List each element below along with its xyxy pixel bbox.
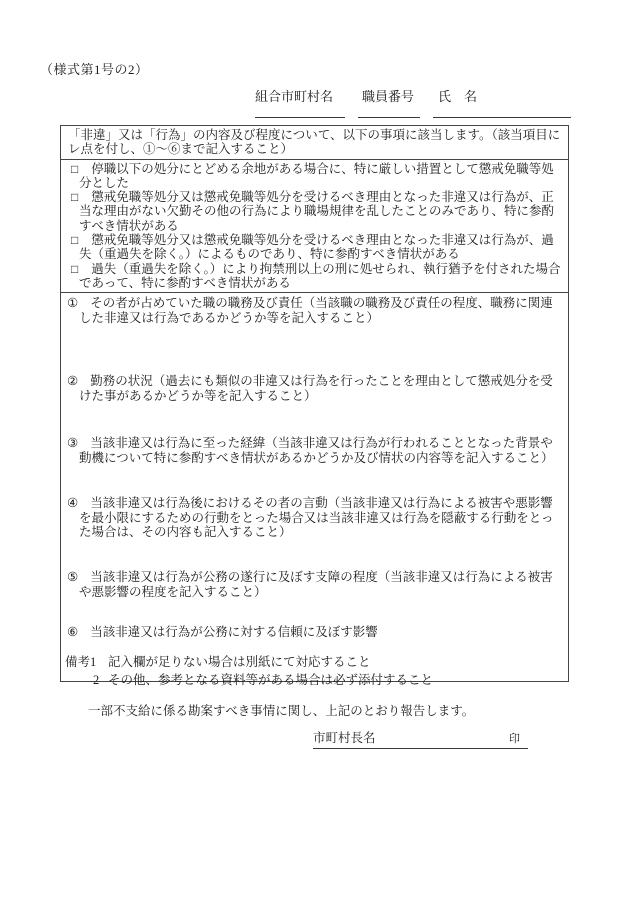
remark-text: 記入欄が足りない場合は別紙にて対応すること (105, 653, 371, 671)
checklist-item-text: 過失（重過失を除く。）により拘禁刑以上の刑に処せられ、執行猶予を付された場合であ… (79, 262, 561, 290)
checklist-item-text: 懲戒免職等処分又は懲戒免職等処分を受けるべき理由となった非違又は行為が、正当な理… (79, 190, 554, 233)
remarks-section: 備考1 記入欄が足りない場合は別紙にて対応すること 2 その他、参考となる資料等… (65, 653, 433, 689)
checkbox[interactable]: □ (71, 190, 78, 204)
numbered-item-4-entry-area[interactable]: ④当該非違又は行為後におけるその者の言動（当該非違又は行為による被害や悪影響を最… (67, 496, 562, 570)
report-statement: 一部不支給に係る勘案すべき事情に関し、上記のとおり報告します。 (88, 701, 474, 719)
checklist-item: □過失（重過失を除く。）により拘禁刑以上の刑に処せられ、執行猶予を付された場合で… (71, 262, 563, 291)
item-number: ③ (67, 436, 78, 450)
checklist-row: □停職以下の処分にとどめる余地がある場合に、特に厳しい措置として懲戒免職等処分と… (60, 159, 569, 294)
checkbox[interactable]: □ (71, 262, 78, 276)
name-field[interactable] (433, 102, 571, 118)
item-number: ① (67, 296, 78, 310)
checkbox[interactable]: □ (71, 162, 78, 176)
remark-text: その他、参考となる資料等がある場合は必ず添付すること (105, 671, 433, 689)
checklist-item-text: 懲戒免職等処分又は懲戒免職等処分を受けるべき理由となった非違又は行為が、過失（重… (79, 233, 554, 261)
checkbox[interactable]: □ (71, 233, 78, 247)
instruction-text: 「非違」又は「行為」の内容及び程度について、以下の事項に該当します。（該当項目に… (68, 128, 560, 156)
item-number: ② (67, 374, 78, 388)
numbered-item-2-entry-area[interactable]: ②勤務の状況（過去にも類似の非違又は行為を行ったことを理由として懲戒処分を受けた… (67, 374, 562, 436)
checklist-item: □停職以下の処分にとどめる余地がある場合に、特に厳しい措置として懲戒免職等処分と… (71, 162, 563, 191)
numbered-item-text: 当該非違又は行為が公務に対する信頼に及ぼす影響 (90, 625, 378, 639)
document-page: （様式第1号の2） 組合市町村名 職員番号 氏 名 「非違」又は「行為」の内容及… (0, 0, 630, 903)
numbered-item-5-entry-area[interactable]: ⑤当該非違又は行為が公務の遂行に及ぼす支障の程度（当該非違又は行為による被害や悪… (67, 570, 562, 625)
mayor-name-label: 市町村長名 (313, 728, 376, 746)
remark-row: 備考1 記入欄が足りない場合は別紙にて対応すること (65, 653, 433, 671)
main-table: 「非違」又は「行為」の内容及び程度について、以下の事項に該当します。（該当項目に… (60, 125, 569, 682)
numbered-item-1-entry-area[interactable]: ①その者が占めていた職の職務及び責任（当該職の職務及び責任の程度、職務に関連した… (67, 296, 562, 374)
item-number: ⑤ (67, 570, 78, 584)
form-code: （様式第1号の2） (40, 59, 149, 78)
item-number: ④ (67, 496, 78, 510)
municipality-field[interactable] (255, 102, 345, 118)
numbered-item-text: 当該非違又は行為後におけるその者の言動（当該非違又は行為による被害や悪影響を最小… (79, 496, 554, 539)
remark-row: 2 その他、参考となる資料等がある場合は必ず添付すること (65, 671, 433, 689)
numbered-item-text: 勤務の状況（過去にも類似の非違又は行為を行ったことを理由として懲戒処分を受けた事… (79, 374, 553, 402)
numbered-item-text: 当該非違又は行為が公務の遂行に及ぼす支障の程度（当該非違又は行為による被害や悪影… (79, 570, 553, 598)
numbered-item-text: 当該非違又は行為に至った経緯（当該非違又は行為が行われることとなった背景や動機に… (79, 436, 554, 464)
instruction-row: 「非違」又は「行為」の内容及び程度について、以下の事項に該当します。（該当項目に… (60, 125, 569, 160)
remark-number: 2 (65, 671, 105, 689)
checklist-item-text: 停職以下の処分にとどめる余地がある場合に、特に厳しい措置として懲戒免職等処分とし… (79, 162, 554, 190)
numbered-items-row: ①その者が占めていた職の職務及び責任（当該職の職務及び責任の程度、職務に関連した… (60, 292, 569, 682)
remark-number: 備考1 (65, 653, 105, 671)
employee-number-field[interactable] (358, 102, 420, 118)
mayor-signature-line[interactable]: 市町村長名 印 (313, 728, 528, 749)
seal-mark: 印 (509, 730, 520, 746)
checklist-item: □懲戒免職等処分又は懲戒免職等処分を受けるべき理由となった非違又は行為が、過失（… (71, 233, 563, 262)
numbered-item-text: その者が占めていた職の職務及び責任（当該職の職務及び責任の程度、職務に関連した非… (79, 296, 553, 324)
item-number: ⑥ (67, 625, 78, 639)
numbered-item-3-entry-area[interactable]: ③当該非違又は行為に至った経緯（当該非違又は行為が行われることとなった背景や動機… (67, 436, 562, 496)
checklist-item: □懲戒免職等処分又は懲戒免職等処分を受けるべき理由となった非違又は行為が、正当な… (71, 190, 563, 233)
